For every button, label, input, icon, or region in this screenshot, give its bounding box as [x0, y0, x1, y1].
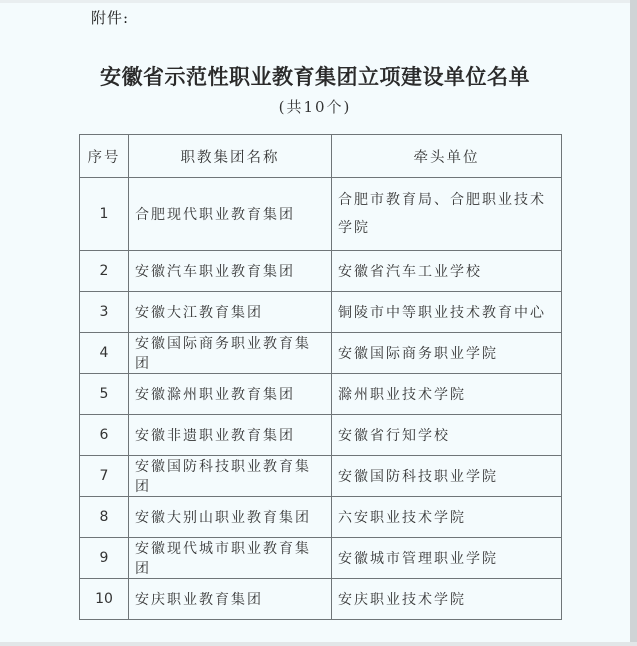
row-no: 6 — [80, 415, 129, 456]
table-row: 5 安徽滁州职业教育集团 滁州职业技术学院 — [80, 374, 562, 415]
row-lead: 安徽省行知学校 — [332, 415, 562, 456]
row-lead: 滁州职业技术学院 — [332, 374, 562, 415]
page-edge-bottom — [0, 642, 637, 646]
row-lead: 铜陵市中等职业技术教育中心 — [332, 292, 562, 333]
row-lead: 安徽省汽车工业学校 — [332, 251, 562, 292]
unit-list-table: 序号 职教集团名称 牵头单位 1 合肥现代职业教育集团 合肥市教育局、合肥职业技… — [79, 134, 562, 620]
row-group: 安徽国防科技职业教育集团 — [129, 456, 332, 497]
row-no: 5 — [80, 374, 129, 415]
row-no: 2 — [80, 251, 129, 292]
table-row: 4 安徽国际商务职业教育集团 安徽国际商务职业学院 — [80, 333, 562, 374]
header-no: 序号 — [80, 135, 129, 178]
row-lead: 合肥市教育局、合肥职业技术学院 — [332, 178, 562, 251]
row-group: 安徽大江教育集团 — [129, 292, 332, 333]
attachment-label: 附件: — [91, 7, 129, 28]
table-row: 8 安徽大别山职业教育集团 六安职业技术学院 — [80, 497, 562, 538]
row-group: 安庆职业教育集团 — [129, 579, 332, 620]
row-lead: 安庆职业技术学院 — [332, 579, 562, 620]
table-row: 10 安庆职业教育集团 安庆职业技术学院 — [80, 579, 562, 620]
document-page: 附件: 安徽省示范性职业教育集团立项建设单位名单 (共10个) 序号 职教集团名… — [0, 3, 631, 643]
table-row: 3 安徽大江教育集团 铜陵市中等职业技术教育中心 — [80, 292, 562, 333]
row-group: 合肥现代职业教育集团 — [129, 178, 332, 251]
row-lead: 安徽城市管理职业学院 — [332, 538, 562, 579]
row-group: 安徽国际商务职业教育集团 — [129, 333, 332, 374]
row-group: 安徽滁州职业教育集团 — [129, 374, 332, 415]
table-row: 7 安徽国防科技职业教育集团 安徽国防科技职业学院 — [80, 456, 562, 497]
row-group: 安徽非遗职业教育集团 — [129, 415, 332, 456]
table-row: 6 安徽非遗职业教育集团 安徽省行知学校 — [80, 415, 562, 456]
row-no: 7 — [80, 456, 129, 497]
row-group: 安徽大别山职业教育集团 — [129, 497, 332, 538]
document-title: 安徽省示范性职业教育集团立项建设单位名单 — [0, 61, 630, 91]
header-lead-unit: 牵头单位 — [332, 135, 562, 178]
table-row: 9 安徽现代城市职业教育集团 安徽城市管理职业学院 — [80, 538, 562, 579]
row-no: 10 — [80, 579, 129, 620]
table-row: 2 安徽汽车职业教育集团 安徽省汽车工业学校 — [80, 251, 562, 292]
row-no: 4 — [80, 333, 129, 374]
header-group-name: 职教集团名称 — [129, 135, 332, 178]
row-group: 安徽汽车职业教育集团 — [129, 251, 332, 292]
row-no: 3 — [80, 292, 129, 333]
document-subtitle: (共10个) — [0, 96, 630, 117]
row-no: 1 — [80, 178, 129, 251]
row-group: 安徽现代城市职业教育集团 — [129, 538, 332, 579]
page-edge-right — [630, 0, 637, 646]
row-lead: 六安职业技术学院 — [332, 497, 562, 538]
row-lead: 安徽国际商务职业学院 — [332, 333, 562, 374]
table-row: 1 合肥现代职业教育集团 合肥市教育局、合肥职业技术学院 — [80, 178, 562, 251]
row-no: 9 — [80, 538, 129, 579]
row-lead: 安徽国防科技职业学院 — [332, 456, 562, 497]
table-header-row: 序号 职教集团名称 牵头单位 — [80, 135, 562, 178]
row-no: 8 — [80, 497, 129, 538]
